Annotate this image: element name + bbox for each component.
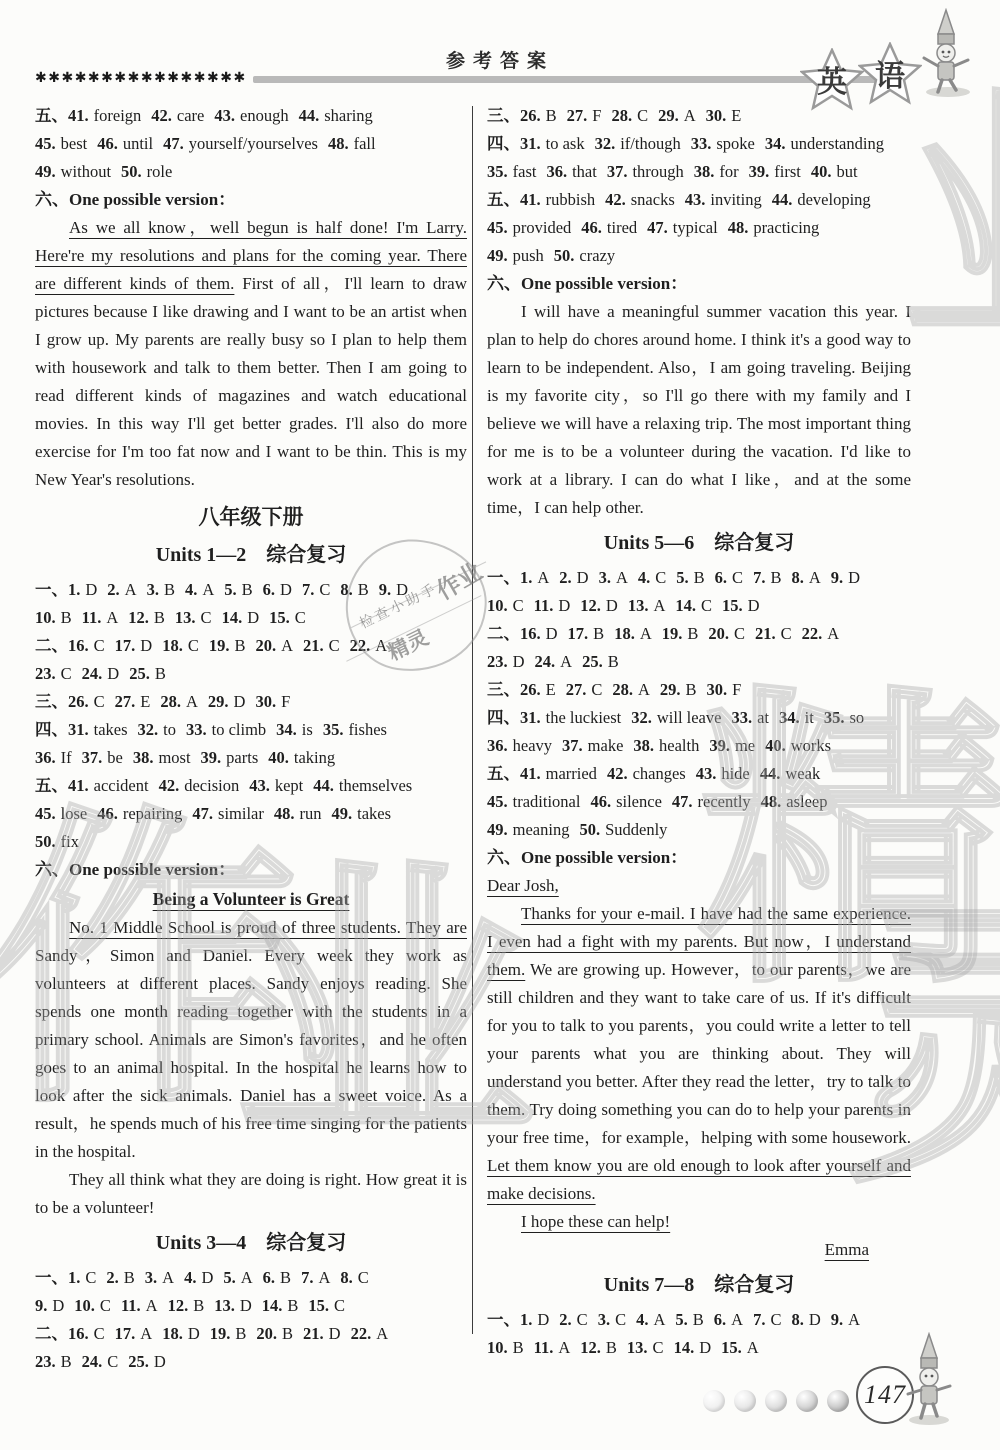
- answer-number: 3.: [599, 568, 611, 587]
- answer-item: 3.A: [599, 564, 628, 592]
- answer-number: 25.: [128, 1352, 149, 1371]
- answer-text: B: [546, 106, 557, 125]
- answer-item: 50.crazy: [554, 242, 615, 270]
- answer-line: 二、16.D17.B18.A19.B20.C21.C22.A: [487, 620, 911, 648]
- unit-heading: Units 3—4 综合复习: [35, 1226, 467, 1260]
- answer-item: 40.taking: [268, 744, 335, 772]
- answer-text: C: [100, 1296, 111, 1315]
- answer-number: 46.: [97, 804, 118, 823]
- answer-text: A: [638, 680, 650, 699]
- answer-line: 四、31.to ask32.if/though33.spoke34.unders…: [487, 130, 911, 158]
- answer-line: 49.without50.role: [35, 158, 467, 186]
- answer-item: 四、31.to ask: [487, 130, 585, 158]
- answer-text: C: [637, 106, 648, 125]
- answer-text: D: [234, 692, 246, 711]
- answer-item: 6.B: [263, 1264, 291, 1292]
- answer-text: spoke: [716, 134, 755, 153]
- answer-item: 二、16.C: [35, 632, 105, 660]
- answer-item: 2.A: [107, 576, 136, 604]
- answer-item: 9.A: [831, 1306, 860, 1334]
- answer-item: 44.sharing: [299, 102, 373, 130]
- answer-item: 37.make: [562, 732, 623, 760]
- answer-number: 24.: [535, 652, 556, 671]
- answer-number: 25.: [582, 652, 603, 671]
- answer-number: 39.: [749, 162, 770, 181]
- answer-text: D: [809, 1310, 821, 1329]
- answer-text: A: [827, 624, 839, 643]
- answer-number: 46.: [581, 218, 602, 237]
- essay-segment: Let them know you are old enough to look…: [487, 1156, 911, 1203]
- answer-line: 36.If37.be38.most39.parts40.taking: [35, 744, 467, 772]
- answer-number: 5.: [223, 1268, 235, 1287]
- answer-text: crazy: [579, 246, 615, 265]
- answer-number: 12.: [168, 1296, 189, 1315]
- answer-text: yourself/yourselves: [189, 134, 318, 153]
- unit-heading: Units 5—6 综合复习: [487, 526, 911, 560]
- answer-number: 14.: [262, 1296, 283, 1315]
- answer-number: 45.: [487, 218, 508, 237]
- answer-number: 36.: [487, 736, 508, 755]
- answer-item: 12.B: [168, 1292, 205, 1320]
- answer-text: B: [770, 568, 781, 587]
- answer-text: D: [513, 652, 525, 671]
- answer-item: 12.B: [128, 604, 165, 632]
- answer-text: changes: [633, 764, 686, 783]
- answer-item: 12.B: [580, 1334, 617, 1362]
- answer-line: 四、31.takes32.to33.to climb34.is35.fishes: [35, 716, 467, 744]
- answer-line: 二、16.C17.D18.C19.B20.A21.C22.A: [35, 632, 467, 660]
- answer-number: 37.: [607, 162, 628, 181]
- answer-item: 35.so: [824, 704, 864, 732]
- answer-number: 11.: [82, 608, 102, 627]
- answer-item: 15.A: [721, 1334, 759, 1362]
- answer-item: 19.B: [662, 620, 699, 648]
- answer-item: 20.C: [708, 620, 745, 648]
- answer-item: 43.enough: [214, 102, 288, 130]
- answer-text: role: [147, 162, 173, 181]
- answer-item: 27.F: [567, 102, 602, 130]
- answer-text: to ask: [546, 134, 585, 153]
- answer-number: 19.: [210, 1324, 231, 1343]
- answer-text: F: [732, 680, 741, 699]
- answer-text: C: [85, 1268, 96, 1287]
- answer-number: 3.: [145, 1268, 157, 1287]
- answer-number: 43.: [696, 764, 717, 783]
- answer-number: 21.: [303, 636, 324, 655]
- answer-text: B: [513, 1338, 524, 1357]
- answer-number: 9.: [831, 568, 843, 587]
- answer-text: D: [396, 580, 408, 599]
- answer-number: 2.: [559, 1310, 571, 1329]
- answer-text: If: [61, 748, 72, 767]
- answer-text: A: [731, 1310, 743, 1329]
- answer-item: 33.at: [731, 704, 769, 732]
- answer-number: 29.: [208, 692, 229, 711]
- answer-item: 29.B: [660, 676, 697, 704]
- answer-item: 17.D: [115, 632, 153, 660]
- answer-number: 37.: [562, 736, 583, 755]
- answer-text: B: [606, 1338, 617, 1357]
- answer-item: 4.A: [636, 1306, 665, 1334]
- answer-text: themselves: [339, 776, 412, 795]
- answer-item: 一、1.A: [487, 564, 549, 592]
- answer-item: 13.A: [628, 592, 666, 620]
- answer-line: 45.traditional46.silence47.recently48.as…: [487, 788, 911, 816]
- answer-number: 11.: [534, 596, 554, 615]
- essay-segment: They all think what they are doing is ri…: [35, 1170, 467, 1217]
- essay-paragraph: No. 1 Middle School is proud of three st…: [35, 914, 467, 1166]
- answer-line: 23.D24.A25.B: [487, 648, 911, 676]
- answer-number: 4.: [636, 1310, 648, 1329]
- answer-item: 37.through: [607, 158, 684, 186]
- answer-line: 一、1.D2.A3.B4.A5.B6.D7.C8.B9.D: [35, 576, 467, 604]
- answer-number: 17.: [115, 1324, 136, 1343]
- answer-item: 32.to: [138, 716, 176, 744]
- answer-number: 13.: [628, 596, 649, 615]
- answer-line: 五、41.accident42.decision43.kept44.themse…: [35, 772, 467, 800]
- answer-number: 7.: [301, 1268, 313, 1287]
- answer-text: foreign: [94, 106, 142, 125]
- answer-number: 15.: [308, 1296, 329, 1315]
- answer-number: 45.: [35, 804, 56, 823]
- answer-item: 三、26.E: [487, 676, 556, 704]
- answer-number: 4.: [638, 568, 650, 587]
- answer-text: C: [358, 1268, 369, 1287]
- answer-text: C: [94, 1324, 105, 1343]
- answer-text: A: [640, 624, 652, 643]
- answer-text: taking: [294, 748, 335, 767]
- answer-text: D: [140, 636, 152, 655]
- answer-item: 21.D: [303, 1320, 341, 1348]
- answer-item: 五、41.married: [487, 760, 597, 788]
- answer-item: 45.lose: [35, 800, 87, 828]
- answer-text: D: [85, 580, 97, 599]
- answer-text: takes: [357, 804, 391, 823]
- pencil-mascot-icon: [918, 8, 974, 100]
- answer-item: 五、41.rubbish: [487, 186, 595, 214]
- answer-text: C: [329, 636, 340, 655]
- answer-text: D: [537, 1310, 549, 1329]
- answer-text: B: [282, 1324, 293, 1343]
- answer-item: 43.inviting: [685, 186, 762, 214]
- answer-text: meaning: [513, 820, 570, 839]
- answer-text: first: [774, 162, 801, 181]
- answer-item: 22.A: [802, 620, 840, 648]
- answer-item: 32.will leave: [631, 704, 721, 732]
- answer-item: 48.practicing: [728, 214, 820, 242]
- essay-segment: First of all，I'll learn to draw pictures…: [35, 274, 467, 489]
- answer-number: 43.: [685, 190, 706, 209]
- answer-text: C: [107, 1352, 118, 1371]
- answer-text: A: [560, 652, 572, 671]
- answer-item: 39.parts: [201, 744, 259, 772]
- ball-icon: [827, 1390, 849, 1412]
- answer-number: 38.: [694, 162, 715, 181]
- answer-number: 三、26.: [487, 680, 541, 699]
- answer-number: 6.: [714, 1310, 726, 1329]
- answer-text: C: [201, 608, 212, 627]
- essay-segment: I hope these can help!: [521, 1212, 670, 1231]
- answer-text: A: [653, 1310, 665, 1329]
- answer-number: 27.: [566, 680, 587, 699]
- answer-number: 三、26.: [35, 692, 89, 711]
- answer-item: 五、41.accident: [35, 772, 149, 800]
- answer-line: 三、26.B27.F28.C29.A30.E: [487, 102, 911, 130]
- answer-line: 23.B24.C25.D: [35, 1348, 467, 1376]
- answer-text: best: [61, 134, 88, 153]
- answer-number: 12.: [580, 596, 601, 615]
- answer-number: 8.: [340, 580, 352, 599]
- answer-text: B: [358, 580, 369, 599]
- answer-item: 44.themselves: [313, 772, 412, 800]
- answer-number: 44.: [313, 776, 334, 795]
- ball-icon: [734, 1390, 756, 1412]
- answer-text: B: [61, 1352, 72, 1371]
- answer-item: 13.C: [175, 604, 212, 632]
- answer-number: 25.: [129, 664, 150, 683]
- answer-text: C: [653, 1338, 664, 1357]
- answer-text: most: [158, 748, 190, 767]
- answer-item: 9.D: [379, 576, 408, 604]
- answer-item: 36.If: [35, 744, 72, 772]
- answer-text: A: [848, 1310, 860, 1329]
- answer-text: is: [302, 720, 313, 739]
- answer-text: hide: [721, 764, 749, 783]
- signature-text: Emma: [825, 1240, 869, 1259]
- answer-text: but: [837, 162, 858, 181]
- answer-number: 11.: [121, 1296, 141, 1315]
- answer-number: 48.: [328, 134, 349, 153]
- answer-item: 21.C: [303, 632, 340, 660]
- answer-line: 五、41.foreign42.care43.enough44.sharing: [35, 102, 467, 130]
- answer-number: 6.: [263, 1268, 275, 1287]
- answer-line: 10.B11.A12.B13.C14.D15.A: [487, 1334, 911, 1362]
- answer-number: 15.: [722, 596, 743, 615]
- answer-item: 27.C: [566, 676, 603, 704]
- answer-text: E: [140, 692, 150, 711]
- answer-line: 一、1.D2.C3.C4.A5.B6.A7.C8.D9.A: [487, 1306, 911, 1334]
- answer-number: 33.: [731, 708, 752, 727]
- answer-number: 一、1.: [487, 1310, 532, 1329]
- answer-text: D: [201, 1268, 213, 1287]
- answer-text: D: [188, 1324, 200, 1343]
- answer-line: 三、26.E27.C28.A29.B30.F: [487, 676, 911, 704]
- answer-text: B: [235, 1324, 246, 1343]
- answer-item: 20.A: [255, 632, 293, 660]
- answer-number: 15.: [721, 1338, 742, 1357]
- answer-text: A: [376, 1324, 388, 1343]
- essay-segment: I will have a meaningful summer vacation…: [487, 302, 911, 517]
- answer-text: B: [694, 568, 705, 587]
- answer-item: 23.C: [35, 660, 72, 688]
- answer-text: A: [616, 568, 628, 587]
- answer-text: C: [655, 568, 666, 587]
- answer-number: 4.: [184, 1268, 196, 1287]
- answer-item: 39.me: [709, 732, 755, 760]
- answer-text: the luckiest: [546, 708, 622, 727]
- answer-text: A: [747, 1338, 759, 1357]
- answer-item: 3.B: [147, 576, 175, 604]
- answer-number: 22.: [350, 636, 371, 655]
- answer-number: 38.: [133, 748, 154, 767]
- answer-item: 23.B: [35, 1348, 72, 1376]
- unit-heading: Units 7—8 综合复习: [487, 1268, 911, 1302]
- answer-item: 47.typical: [647, 214, 718, 242]
- answer-number: 45.: [35, 134, 56, 153]
- answer-item: 25.B: [129, 660, 166, 688]
- answer-line: 23.C24.D25.B: [35, 660, 467, 688]
- answer-text: C: [513, 596, 524, 615]
- answer-text: recently: [698, 792, 751, 811]
- answer-number: 48.: [274, 804, 295, 823]
- answer-text: A: [186, 692, 198, 711]
- answer-number: 17.: [115, 636, 136, 655]
- answer-number: 14.: [222, 608, 243, 627]
- answer-item: 49.without: [35, 158, 111, 186]
- answer-text: A: [162, 1268, 174, 1287]
- answer-number: 二、16.: [487, 624, 541, 643]
- answer-text: D: [577, 568, 589, 587]
- answer-number: 28.: [160, 692, 181, 711]
- answer-number: 一、1.: [487, 568, 532, 587]
- answer-item: 22.A: [351, 1320, 389, 1348]
- answer-number: 5.: [676, 568, 688, 587]
- answer-item: 11.A: [82, 604, 119, 632]
- answer-number: 28.: [611, 106, 632, 125]
- answer-text: developing: [797, 190, 870, 209]
- answer-text: similar: [218, 804, 264, 823]
- answer-item: 二、16.D: [487, 620, 558, 648]
- essay-paragraph: I will have a meaningful summer vacation…: [487, 298, 911, 522]
- answer-number: 7.: [302, 580, 314, 599]
- brand-char-en: 英: [817, 66, 847, 99]
- answer-number: 42.: [607, 764, 628, 783]
- answer-item: 14.C: [675, 592, 712, 620]
- answer-number: 13.: [214, 1296, 235, 1315]
- answer-number: 29.: [658, 106, 679, 125]
- answer-number: 49.: [35, 162, 56, 181]
- answer-item: 30.F: [255, 688, 290, 716]
- answer-number: 3.: [147, 580, 159, 599]
- answer-number: 2.: [106, 1268, 118, 1287]
- section-label: 六、One possible version：: [487, 844, 911, 872]
- answer-item: 23.D: [487, 648, 525, 676]
- answer-item: 9.D: [831, 564, 860, 592]
- answer-item: 42.snacks: [605, 186, 675, 214]
- answer-line: 二、16.C17.A18.D19.B20.B21.D22.A: [35, 1320, 467, 1348]
- answer-number: 19.: [209, 636, 230, 655]
- answer-text: fix: [61, 832, 79, 851]
- answer-number: 32.: [631, 708, 652, 727]
- answer-text: sharing: [324, 106, 373, 125]
- answer-text: C: [734, 624, 745, 643]
- answer-item: 11.D: [534, 592, 571, 620]
- brand-char-yu: 语: [875, 60, 905, 93]
- answer-number: 五、41.: [35, 776, 89, 795]
- answer-text: D: [247, 608, 259, 627]
- answer-text: be: [107, 748, 123, 767]
- salutation-text: Dear Josh,: [487, 876, 559, 895]
- answer-number: 9.: [35, 1296, 47, 1315]
- answer-text: B: [593, 624, 604, 643]
- answer-number: 19.: [662, 624, 683, 643]
- answer-number: 48.: [761, 792, 782, 811]
- answer-text: D: [107, 664, 119, 683]
- section-label: 六、One possible version：: [487, 270, 911, 298]
- answer-text: traditional: [513, 792, 581, 811]
- essay-segment: No. 1 Middle School is proud of three st…: [69, 918, 467, 937]
- answer-number: 10.: [35, 608, 56, 627]
- answer-text: C: [732, 568, 743, 587]
- answer-text: that: [572, 162, 597, 181]
- answer-text: if/though: [620, 134, 681, 153]
- answer-item: 13.C: [627, 1334, 664, 1362]
- answer-item: 33.to climb: [186, 716, 266, 744]
- answer-text: B: [693, 1310, 704, 1329]
- answer-item: 一、1.C: [35, 1264, 96, 1292]
- answer-number: 21.: [303, 1324, 324, 1343]
- answer-number: 27.: [115, 692, 136, 711]
- answer-text: D: [606, 596, 618, 615]
- answer-item: 18.D: [162, 1320, 200, 1348]
- answer-item: 49.meaning: [487, 816, 569, 844]
- answer-item: 30.F: [707, 676, 742, 704]
- answer-item: 6.D: [263, 576, 292, 604]
- answer-text: until: [123, 134, 153, 153]
- answer-number: 37.: [82, 748, 103, 767]
- answer-number: 23.: [35, 1352, 56, 1371]
- answer-item: 22.A: [350, 632, 388, 660]
- answer-text: decision: [184, 776, 239, 795]
- answer-text: care: [177, 106, 204, 125]
- answer-number: 35.: [824, 708, 845, 727]
- answer-line: 9.D10.C11.A12.B13.D14.B15.C: [35, 1292, 467, 1320]
- answer-text: heavy: [513, 736, 552, 755]
- answer-item: 7.C: [302, 576, 330, 604]
- answer-item: 8.C: [340, 1264, 368, 1292]
- answer-item: 46.tired: [581, 214, 637, 242]
- page-number: 147: [864, 1380, 906, 1410]
- answer-text: push: [513, 246, 544, 265]
- answer-number: 42.: [605, 190, 626, 209]
- answer-number: 49.: [487, 820, 508, 839]
- answer-text: tired: [607, 218, 637, 237]
- answer-item: 37.be: [82, 744, 123, 772]
- essay-paragraph: They all think what they are doing is ri…: [35, 1166, 467, 1222]
- answer-number: 四、31.: [35, 720, 89, 739]
- answer-item: 17.A: [115, 1320, 153, 1348]
- essay-title-text: Being a Volunteer is Great: [153, 889, 350, 909]
- answer-number: 五、41.: [35, 106, 89, 125]
- answer-item: 6.C: [715, 564, 743, 592]
- answer-text: it: [805, 708, 814, 727]
- answer-text: weak: [785, 764, 820, 783]
- answer-text: B: [608, 652, 619, 671]
- answer-text: D: [329, 1324, 341, 1343]
- answer-number: 11.: [534, 1338, 554, 1357]
- answer-number: 一、1.: [35, 1268, 80, 1287]
- answer-item: 28.A: [612, 676, 650, 704]
- answer-text: rubbish: [546, 190, 596, 209]
- answer-text: enough: [240, 106, 289, 125]
- answer-text: A: [241, 1268, 253, 1287]
- answer-text: B: [61, 608, 72, 627]
- answer-text: repairing: [123, 804, 183, 823]
- brand-star-icon: 语: [858, 42, 922, 108]
- answer-text: kept: [275, 776, 303, 795]
- answer-item: 33.spoke: [691, 130, 755, 158]
- answer-item: 35.fishes: [323, 716, 387, 744]
